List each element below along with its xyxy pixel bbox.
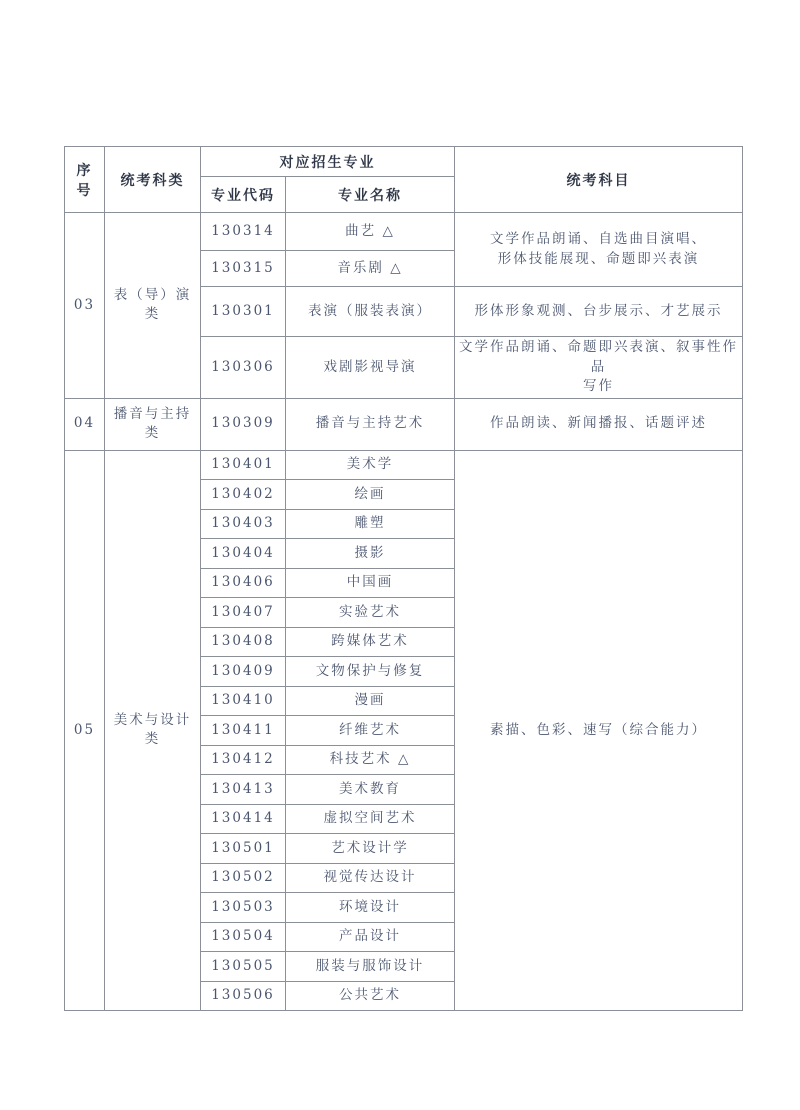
major-code-cell: 130315 — [201, 251, 286, 287]
major-code-cell: 130412 — [201, 745, 286, 775]
table-row: 04播音与主持类130309播音与主持艺术作品朗读、新闻播报、话题评述 — [65, 398, 743, 450]
major-name-cell: 文物保护与修复 — [286, 657, 455, 687]
col-header-category: 统考科类 — [105, 147, 201, 213]
section-index-cell: 05 — [65, 450, 105, 1011]
major-name-cell: 美术学 — [286, 450, 455, 480]
major-name-cell: 视觉传达设计 — [286, 863, 455, 893]
section-index-cell: 04 — [65, 398, 105, 450]
major-code-cell: 130506 — [201, 981, 286, 1011]
major-name-cell: 摄影 — [286, 539, 455, 569]
major-name-cell: 服装与服饰设计 — [286, 952, 455, 982]
major-code-cell: 130407 — [201, 598, 286, 628]
major-code-cell: 130404 — [201, 539, 286, 569]
major-code-cell: 130414 — [201, 804, 286, 834]
col-header-code: 专业代码 — [201, 177, 286, 213]
major-name-cell: 音乐剧 △ — [286, 251, 455, 287]
major-code-cell: 130402 — [201, 480, 286, 510]
major-name-cell: 纤维艺术 — [286, 716, 455, 746]
major-code-cell: 130411 — [201, 716, 286, 746]
col-header-majors-group: 对应招生专业 — [201, 147, 455, 177]
section-category-cell: 表（导）演类 — [105, 213, 201, 399]
exam-majors-table: 序号 统考科类 对应招生专业 统考科目 专业代码 专业名称 03表（导）演类13… — [64, 146, 743, 1011]
major-name-cell: 艺术设计学 — [286, 834, 455, 864]
subjects-cell: 作品朗读、新闻播报、话题评述 — [455, 398, 743, 450]
major-code-cell: 130413 — [201, 775, 286, 805]
col-header-subjects: 统考科目 — [455, 147, 743, 213]
major-name-cell: 产品设计 — [286, 922, 455, 952]
major-code-cell: 130403 — [201, 509, 286, 539]
major-name-cell: 虚拟空间艺术 — [286, 804, 455, 834]
major-code-cell: 130504 — [201, 922, 286, 952]
major-code-cell: 130503 — [201, 893, 286, 923]
major-name-cell: 表演（服装表演） — [286, 287, 455, 337]
table-header: 序号 统考科类 对应招生专业 统考科目 专业代码 专业名称 — [65, 147, 743, 213]
major-name-cell: 绘画 — [286, 480, 455, 510]
major-code-cell: 130401 — [201, 450, 286, 480]
section-category-cell: 播音与主持类 — [105, 398, 201, 450]
major-name-cell: 实验艺术 — [286, 598, 455, 628]
major-code-cell: 130409 — [201, 657, 286, 687]
table-row: 03表（导）演类130314曲艺 △文学作品朗诵、自选曲目演唱、 形体技能展现、… — [65, 213, 743, 251]
major-name-cell: 中国画 — [286, 568, 455, 598]
subjects-cell: 形体形象观测、台步展示、才艺展示 — [455, 287, 743, 337]
document-page: 序号 统考科类 对应招生专业 统考科目 专业代码 专业名称 03表（导）演类13… — [0, 0, 800, 1110]
section-category-cell: 美术与设计类 — [105, 450, 201, 1011]
major-name-cell: 雕塑 — [286, 509, 455, 539]
major-name-cell: 播音与主持艺术 — [286, 398, 455, 450]
col-header-index: 序号 — [65, 147, 105, 213]
major-code-cell: 130410 — [201, 686, 286, 716]
major-name-cell: 戏剧影视导演 — [286, 337, 455, 399]
major-code-cell: 130406 — [201, 568, 286, 598]
major-name-cell: 公共艺术 — [286, 981, 455, 1011]
major-code-cell: 130309 — [201, 398, 286, 450]
table-row: 05美术与设计类130401美术学素描、色彩、速写（综合能力） — [65, 450, 743, 480]
major-name-cell: 漫画 — [286, 686, 455, 716]
major-code-cell: 130501 — [201, 834, 286, 864]
major-code-cell: 130408 — [201, 627, 286, 657]
header-row-1: 序号 统考科类 对应招生专业 统考科目 — [65, 147, 743, 177]
subjects-cell: 文学作品朗诵、自选曲目演唱、 形体技能展现、命题即兴表演 — [455, 213, 743, 287]
major-name-cell: 美术教育 — [286, 775, 455, 805]
subjects-cell: 文学作品朗诵、命题即兴表演、叙事性作品 写作 — [455, 337, 743, 399]
major-code-cell: 130306 — [201, 337, 286, 399]
table-body: 03表（导）演类130314曲艺 △文学作品朗诵、自选曲目演唱、 形体技能展现、… — [65, 213, 743, 1011]
subjects-cell: 素描、色彩、速写（综合能力） — [455, 450, 743, 1011]
major-name-cell: 环境设计 — [286, 893, 455, 923]
major-code-cell: 130314 — [201, 213, 286, 251]
major-code-cell: 130502 — [201, 863, 286, 893]
section-index-cell: 03 — [65, 213, 105, 399]
major-name-cell: 曲艺 △ — [286, 213, 455, 251]
major-name-cell: 跨媒体艺术 — [286, 627, 455, 657]
col-header-name: 专业名称 — [286, 177, 455, 213]
major-name-cell: 科技艺术 △ — [286, 745, 455, 775]
major-code-cell: 130505 — [201, 952, 286, 982]
major-code-cell: 130301 — [201, 287, 286, 337]
